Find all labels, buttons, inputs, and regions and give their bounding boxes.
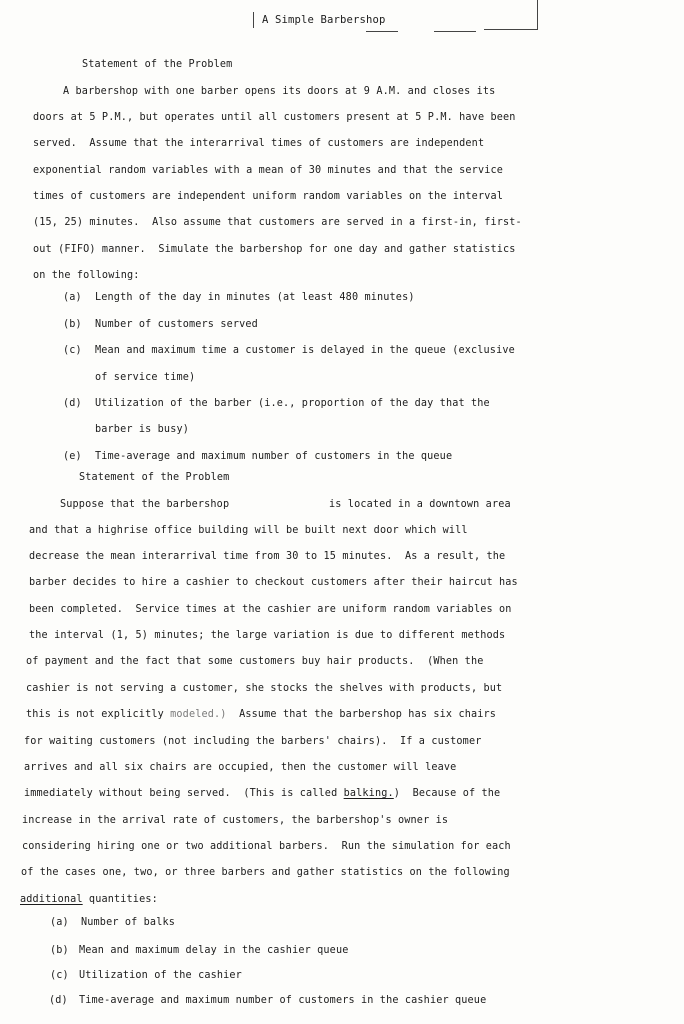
section2-item-d-label: (d) (49, 993, 68, 1007)
section1-item-e-label: (e) (63, 449, 82, 463)
section2-line-0-left: Suppose that the barbershop (60, 497, 229, 511)
section1-item-d-label: (d) (63, 396, 82, 410)
section2-line-3: barber decides to hire a cashier to chec… (29, 575, 518, 589)
section1-item-b-label: (b) (63, 317, 82, 331)
section2-line-10: arrives and all six chairs are occupied,… (24, 760, 456, 774)
section2-line-11: immediately without being served. (This … (24, 786, 500, 800)
section1-item-a-label: (a) (63, 290, 82, 304)
modeled-suffix: Assume that the barbershop has six chair… (227, 708, 496, 720)
section2-line-9: for waiting customers (not including the… (24, 734, 481, 748)
additional-term: additional (20, 893, 83, 905)
section2-item-b-text: Mean and maximum delay in the cashier qu… (79, 943, 348, 957)
section2-item-d-text: Time-average and maximum number of custo… (79, 993, 486, 1007)
additional-suffix: quantities: (83, 893, 158, 905)
section2-item-b-label: (b) (50, 943, 69, 957)
modeled-prefix: this is not explicitly (26, 708, 170, 720)
section1-heading: Statement of the Problem (82, 57, 232, 71)
section2-item-a-label: (a) (50, 915, 69, 929)
balking-prefix: immediately without being served. (This … (24, 787, 344, 799)
header-rule-2 (484, 29, 538, 30)
balking-suffix: ) Because of the (394, 787, 501, 799)
modeled-word: modeled.) (170, 708, 226, 720)
section2-item-c-text: Utilization of the cashier (79, 968, 242, 982)
section2-heading: Statement of the Problem (79, 470, 229, 484)
section2-line-5: the interval (1, 5) minutes; the large v… (29, 628, 505, 642)
section2-line-7: cashier is not serving a customer, she s… (26, 681, 502, 695)
section1-item-e-text: Time-average and maximum number of custo… (95, 449, 452, 463)
section1-item-b-text: Number of customers served (95, 317, 258, 331)
header-left-rule (253, 12, 254, 28)
section1-line-3: exponential random variables with a mean… (33, 163, 503, 177)
header-right-rule (537, 0, 538, 30)
section2-item-c-label: (c) (50, 968, 69, 982)
section1-item-a-text: Length of the day in minutes (at least 4… (95, 290, 415, 304)
section2-line-13: considering hiring one or two additional… (22, 839, 511, 853)
section2-line-12: increase in the arrival rate of customer… (22, 813, 448, 827)
page-header-title: A Simple Barbershop (262, 13, 386, 27)
section1-item-d-text-2: barber is busy) (95, 422, 189, 436)
section1-item-c-text-2: of service time) (95, 370, 195, 384)
section1-item-c-label: (c) (63, 343, 82, 357)
section1-line-2: served. Assume that the interarrival tim… (33, 136, 484, 150)
section1-line-6: out (FIFO) manner. Simulate the barbersh… (33, 242, 516, 256)
section1-line-5: (15, 25) minutes. Also assume that custo… (33, 215, 522, 229)
header-underline (366, 31, 398, 32)
section2-line-6: of payment and the fact that some custom… (26, 654, 483, 668)
section1-line-4: times of customers are independent unifo… (33, 189, 503, 203)
section1-item-d-text-1: Utilization of the barber (i.e., proport… (95, 396, 490, 410)
section2-line-4: been completed. Service times at the cas… (29, 602, 512, 616)
section2-line-14: of the cases one, two, or three barbers … (21, 865, 510, 879)
header-rule-1 (434, 31, 476, 32)
section2-line-15: additional quantities: (20, 892, 158, 906)
section1-line-0: A barbershop with one barber opens its d… (63, 84, 495, 98)
section1-line-1: doors at 5 P.M., but operates until all … (33, 110, 516, 124)
section1-item-c-text-1: Mean and maximum time a customer is dela… (95, 343, 515, 357)
section2-line-8: this is not explicitly modeled.) Assume … (26, 707, 496, 721)
section2-line-2: decrease the mean interarrival time from… (29, 549, 505, 563)
balking-term: balking. (344, 787, 394, 799)
section2-item-a-text: Number of balks (81, 915, 175, 929)
section2-line-1: and that a highrise office building will… (29, 523, 468, 537)
section1-line-7: on the following: (33, 268, 140, 282)
section2-line-0-right: is located in a downtown area (329, 497, 511, 511)
